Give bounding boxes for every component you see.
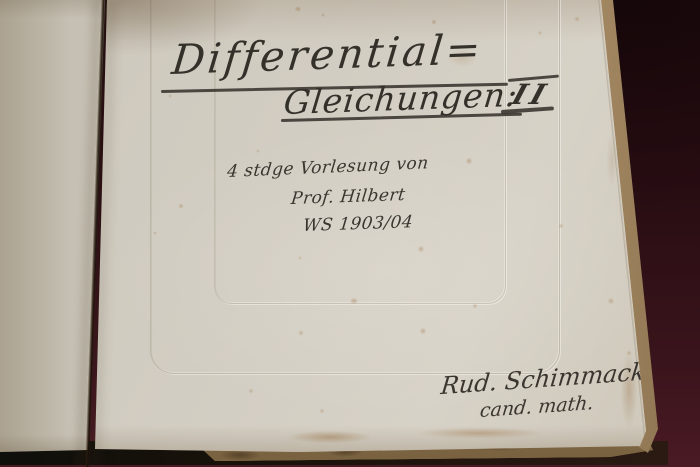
photo-scene: Differential= Gleichungen: II 4 stdge Vo…	[0, 0, 700, 467]
inscription-line-3: WS 1903/04	[302, 214, 414, 235]
title-line-1: Differential=	[170, 29, 486, 81]
inscription-line-2: Prof. Hilbert	[290, 187, 406, 208]
